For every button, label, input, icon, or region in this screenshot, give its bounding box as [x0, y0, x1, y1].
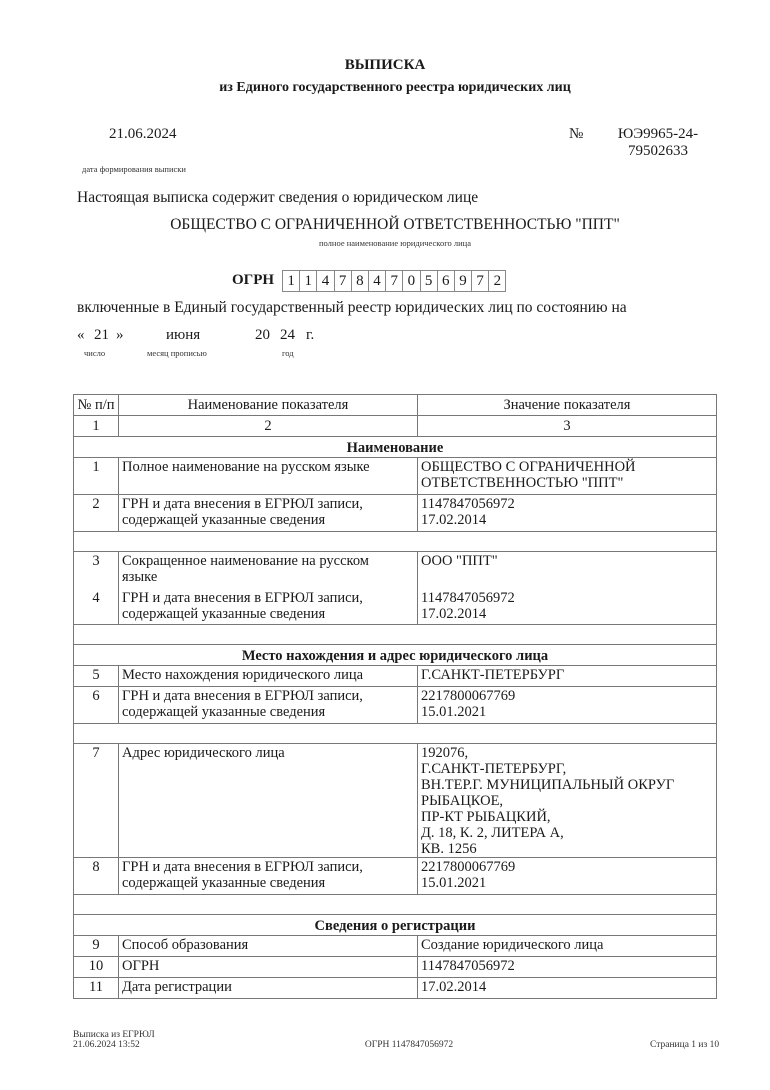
ogrn-digit: 9 — [455, 270, 472, 292]
row-number: 5 — [74, 666, 119, 687]
state-date-year-label: год — [282, 348, 294, 358]
row-number: 10 — [74, 957, 119, 978]
intro-text: Настоящая выписка содержит сведения о юр… — [77, 189, 478, 207]
ogrn-digit: 6 — [438, 270, 455, 292]
row-indicator-name: Способ образования — [119, 936, 418, 957]
row-indicator-name: ГРН и дата внесения в ЕГРЮЛ записи, соде… — [119, 687, 418, 724]
row-number: 2 — [74, 495, 119, 532]
ogrn-digit: 7 — [335, 270, 352, 292]
ogrn-digit: 1 — [283, 270, 300, 292]
formation-date-label: дата формирования выписки — [82, 164, 186, 174]
row-number: 11 — [74, 978, 119, 999]
row-indicator-value: Г.САНКТ-ПЕТЕРБУРГ — [418, 666, 717, 687]
document-number-line1: ЮЭ9965-24- — [608, 126, 708, 143]
section-header-row: Сведения о регистрации — [74, 915, 717, 936]
spacer-cell — [74, 895, 717, 915]
row-indicator-name: ГРН и дата внесения в ЕГРЮЛ записи, соде… — [119, 495, 418, 532]
document-subtitle: из Единого государственного реестра юрид… — [0, 80, 770, 96]
state-date-month: июня — [166, 327, 200, 344]
ogrn-digit: 5 — [421, 270, 438, 292]
row-indicator-value: ООО "ППТ" — [418, 552, 717, 589]
row-indicator-name: Сокращенное наименование на русском язык… — [119, 552, 418, 589]
row-indicator-name: Полное наименование на русском языке — [119, 458, 418, 495]
row-indicator-value: 192076, Г.САНКТ-ПЕТЕРБУРГ, ВН.ТЕР.Г. МУН… — [418, 744, 717, 858]
header-indicator-value: Значение показателя — [418, 395, 717, 416]
document-title: ВЫПИСКА — [0, 57, 770, 74]
table-row: 6 ГРН и дата внесения в ЕГРЮЛ записи, со… — [74, 687, 717, 724]
ogrn-digit: 0 — [403, 270, 420, 292]
column-number-row: 1 2 3 — [74, 416, 717, 437]
ogrn-digit: 7 — [386, 270, 403, 292]
section-header-row: Место нахождения и адрес юридического ли… — [74, 645, 717, 666]
row-number: 7 — [74, 744, 119, 858]
ogrn-digit-boxes: 1 1 4 7 8 4 7 0 5 6 9 7 2 — [282, 270, 506, 292]
spacer-cell — [74, 625, 717, 645]
row-indicator-value: 17.02.2014 — [418, 978, 717, 999]
state-date-century: 20 — [255, 327, 270, 344]
section-title: Наименование — [74, 437, 717, 458]
state-date-day: 21 — [94, 327, 109, 344]
formation-date: 21.06.2024 — [109, 126, 177, 143]
ogrn-digit: 1 — [300, 270, 317, 292]
row-indicator-value: 1147847056972 17.02.2014 — [418, 495, 717, 532]
section-header-row: Наименование — [74, 437, 717, 458]
ogrn-digit: 8 — [352, 270, 369, 292]
state-date-quote-open: « — [77, 327, 85, 344]
header-number: № п/п — [74, 395, 119, 416]
table-row: 7 Адрес юридического лица 192076, Г.САНК… — [74, 744, 717, 858]
state-date-month-label: месяц прописью — [147, 348, 207, 358]
header-indicator-name: Наименование показателя — [119, 395, 418, 416]
state-date-year-suffix: г. — [306, 327, 314, 344]
table-row: 2 ГРН и дата внесения в ЕГРЮЛ записи, со… — [74, 495, 717, 532]
footer-page-number: Страница 1 из 10 — [650, 1040, 719, 1050]
row-indicator-name: ГРН и дата внесения в ЕГРЮЛ записи, соде… — [119, 589, 418, 625]
table-row: 8 ГРН и дата внесения в ЕГРЮЛ записи, со… — [74, 858, 717, 895]
document-number-line2: 79502633 — [608, 143, 708, 160]
spacer-cell — [74, 724, 717, 744]
column-number: 3 — [418, 416, 717, 437]
row-indicator-value: Создание юридического лица — [418, 936, 717, 957]
ogrn-digit: 7 — [472, 270, 489, 292]
state-date-day-label: число — [84, 348, 105, 358]
org-full-name: ОБЩЕСТВО С ОГРАНИЧЕННОЙ ОТВЕТСТВЕННОСТЬЮ… — [0, 216, 770, 234]
document-number: ЮЭ9965-24- 79502633 — [608, 126, 708, 160]
table-row: 5 Место нахождения юридического лица Г.С… — [74, 666, 717, 687]
row-number: 1 — [74, 458, 119, 495]
table-header-row: № п/п Наименование показателя Значение п… — [74, 395, 717, 416]
section-title: Место нахождения и адрес юридического ли… — [74, 645, 717, 666]
footer-doc-type: Выписка из ЕГРЮЛ — [73, 1030, 155, 1040]
row-indicator-value: 1147847056972 17.02.2014 — [418, 589, 717, 625]
spacer-row — [74, 724, 717, 744]
spacer-row — [74, 625, 717, 645]
row-indicator-value: ОБЩЕСТВО С ОГРАНИЧЕННОЙ ОТВЕТСТВЕННОСТЬЮ… — [418, 458, 717, 495]
column-number: 1 — [74, 416, 119, 437]
table-row: 11 Дата регистрации 17.02.2014 — [74, 978, 717, 999]
ogrn-digit: 4 — [369, 270, 386, 292]
table-row: 3 Сокращенное наименование на русском яз… — [74, 552, 717, 589]
ogrn-label: ОГРН — [232, 272, 274, 289]
state-date-quote-close: » — [116, 327, 124, 344]
row-indicator-name: Дата регистрации — [119, 978, 418, 999]
table-row: 9 Способ образования Создание юридическо… — [74, 936, 717, 957]
included-text: включенные в Единый государственный реес… — [77, 299, 627, 317]
number-sign: № — [569, 126, 583, 143]
section-title: Сведения о регистрации — [74, 915, 717, 936]
table-row: 4 ГРН и дата внесения в ЕГРЮЛ записи, со… — [74, 589, 717, 625]
row-indicator-name: ГРН и дата внесения в ЕГРЮЛ записи, соде… — [119, 858, 418, 895]
row-number: 6 — [74, 687, 119, 724]
column-number: 2 — [119, 416, 418, 437]
row-number: 3 — [74, 552, 119, 589]
spacer-row — [74, 895, 717, 915]
state-date-year: 24 — [280, 327, 295, 344]
row-indicator-value: 2217800067769 15.01.2021 — [418, 858, 717, 895]
table-row: 10 ОГРН 1147847056972 — [74, 957, 717, 978]
row-number: 4 — [74, 589, 119, 625]
row-number: 8 — [74, 858, 119, 895]
row-indicator-name: Место нахождения юридического лица — [119, 666, 418, 687]
spacer-row — [74, 532, 717, 552]
row-indicator-name: ОГРН — [119, 957, 418, 978]
row-indicator-value: 1147847056972 — [418, 957, 717, 978]
row-indicator-name: Адрес юридического лица — [119, 744, 418, 858]
ogrn-digit: 4 — [317, 270, 334, 292]
spacer-cell — [74, 532, 717, 552]
ogrn-digit: 2 — [489, 270, 506, 292]
org-full-name-label: полное наименование юридического лица — [0, 238, 770, 248]
row-number: 9 — [74, 936, 119, 957]
table-row: 1 Полное наименование на русском языке О… — [74, 458, 717, 495]
row-indicator-value: 2217800067769 15.01.2021 — [418, 687, 717, 724]
egrul-table: № п/п Наименование показателя Значение п… — [73, 394, 717, 999]
